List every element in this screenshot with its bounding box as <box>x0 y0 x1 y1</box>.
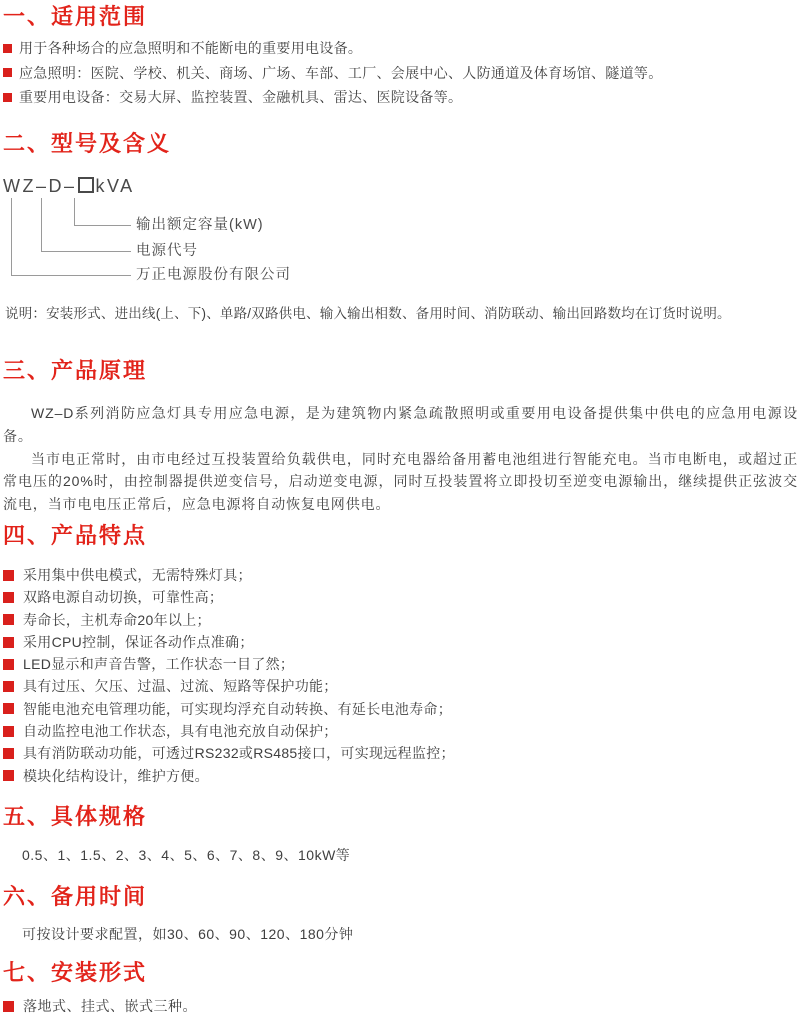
features-list: 采用集中供电模式，无需特殊灯具； 双路电源自动切换，可靠性高； 寿命长，主机寿命… <box>3 564 455 787</box>
list-item: 采用CPU控制，保证各动作点准确； <box>3 631 455 653</box>
list-item-text: 模块化结构设计，维护方便。 <box>23 765 209 787</box>
bullet-square-icon <box>3 637 14 648</box>
list-item-text: 双路电源自动切换，可靠性高； <box>23 586 223 608</box>
list-item: LED显示和声音告警，工作状态一目了然； <box>3 653 455 675</box>
callout-label-capacity: 输出额定容量(kW) <box>136 217 264 233</box>
bullet-square-icon <box>3 93 12 102</box>
list-item: 自动监控电池工作状态，具有电池充放自动保护； <box>3 720 455 742</box>
list-item: 具有消防联动功能，可透过RS232或RS485接口，可实现远程监控； <box>3 742 455 764</box>
section-title-specs: 五、具体规格 <box>3 804 147 830</box>
callout-label-company: 万正电源股份有限公司 <box>136 267 291 283</box>
callout-label-code: 电源代号 <box>136 243 198 259</box>
section-title-install: 七、安装形式 <box>3 960 147 986</box>
principle-paragraphs: WZ–D系列消防应急灯具专用应急电源，是为建筑物内紧急疏散照明或重要用电设备提供… <box>3 402 798 516</box>
bullet-square-icon <box>3 703 14 714</box>
list-item: 应急照明：医院、学校、机关、商场、广场、车部、工厂、会展中心、人防通道及体育场馆… <box>3 61 663 86</box>
specs-content: 0.5、1、1.5、2、3、4、5、6、7、8、9、10kW等 <box>22 845 350 865</box>
paragraph: 当市电正常时，由市电经过互投装置给负载供电，同时充电器给备用蓄电池组进行智能充电… <box>3 448 798 516</box>
backup-content: 可按设计要求配置，如30、60、90、120、180分钟 <box>22 924 353 944</box>
capacity-box-icon <box>78 177 94 193</box>
install-content: 落地式、挂式、嵌式三种。 <box>23 996 197 1016</box>
bullet-square-icon <box>3 570 14 581</box>
scope-list: 用于各种场合的应急照明和不能断电的重要用电设备。 应急照明：医院、学校、机关、商… <box>3 36 663 110</box>
list-item-text: 具有消防联动功能，可透过RS232或RS485接口，可实现远程监控； <box>23 742 455 764</box>
model-diagram: WZ–D–kVA 输出额定容量(kW) 电源代号 万正电源股份有限公司 <box>3 176 603 296</box>
list-item-text: 用于各种场合的应急照明和不能断电的重要用电设备。 <box>19 36 362 61</box>
model-suffix: kVA <box>96 176 135 196</box>
list-item-text: 采用集中供电模式，无需特殊灯具； <box>23 564 252 586</box>
section-title-principle: 三、产品原理 <box>3 358 147 384</box>
bullet-square-icon <box>3 68 12 77</box>
list-item: 采用集中供电模式，无需特殊灯具； <box>3 564 455 586</box>
bullet-square-icon <box>3 681 14 692</box>
list-item: 寿命长，主机寿命20年以上； <box>3 609 455 631</box>
callout-connector <box>11 198 131 276</box>
bullet-square-icon <box>3 592 14 603</box>
list-item: 模块化结构设计，维护方便。 <box>3 765 455 787</box>
list-item-text: 智能电池充电管理功能，可实现均浮充自动转换、有延长电池寿命； <box>23 698 452 720</box>
bullet-square-icon <box>3 44 12 53</box>
model-designation: WZ–D–kVA <box>3 176 603 196</box>
list-item-text: 采用CPU控制，保证各动作点准确； <box>23 631 254 653</box>
list-item: 双路电源自动切换，可靠性高； <box>3 586 455 608</box>
install-content-row: 落地式、挂式、嵌式三种。 <box>3 996 197 1016</box>
list-item-text: 具有过压、欠压、过温、过流、短路等保护功能； <box>23 675 338 697</box>
bullet-square-icon <box>3 1001 14 1012</box>
section-title-features: 四、产品特点 <box>3 523 147 549</box>
document-page: 一、适用范围 用于各种场合的应急照明和不能断电的重要用电设备。 应急照明：医院、… <box>0 0 800 1016</box>
list-item: 重要用电设备：交易大屏、监控装置、金融机具、雷达、医院设备等。 <box>3 85 663 110</box>
section-title-backup: 六、备用时间 <box>3 884 147 910</box>
bullet-square-icon <box>3 659 14 670</box>
list-item-text: LED显示和声音告警，工作状态一目了然； <box>23 653 294 675</box>
list-item: 具有过压、欠压、过温、过流、短路等保护功能； <box>3 675 455 697</box>
bullet-square-icon <box>3 614 14 625</box>
model-prefix: WZ–D– <box>3 176 77 196</box>
ordering-note: 说明：安装形式、进出线(上、下)、单路/双路供电、输入输出相数、备用时间、消防联… <box>5 302 731 322</box>
bullet-square-icon <box>3 748 14 759</box>
section-title-model: 二、型号及含义 <box>3 131 171 157</box>
list-item: 用于各种场合的应急照明和不能断电的重要用电设备。 <box>3 36 663 61</box>
paragraph: WZ–D系列消防应急灯具专用应急电源，是为建筑物内紧急疏散照明或重要用电设备提供… <box>3 402 798 448</box>
list-item-text: 自动监控电池工作状态，具有电池充放自动保护； <box>23 720 338 742</box>
section-title-scope: 一、适用范围 <box>3 4 147 30</box>
bullet-square-icon <box>3 726 14 737</box>
bullet-square-icon <box>3 770 14 781</box>
list-item-text: 重要用电设备：交易大屏、监控装置、金融机具、雷达、医院设备等。 <box>19 85 462 110</box>
list-item-text: 应急照明：医院、学校、机关、商场、广场、车部、工厂、会展中心、人防通道及体育场馆… <box>19 61 663 86</box>
list-item-text: 寿命长，主机寿命20年以上； <box>23 609 211 631</box>
list-item: 智能电池充电管理功能，可实现均浮充自动转换、有延长电池寿命； <box>3 698 455 720</box>
